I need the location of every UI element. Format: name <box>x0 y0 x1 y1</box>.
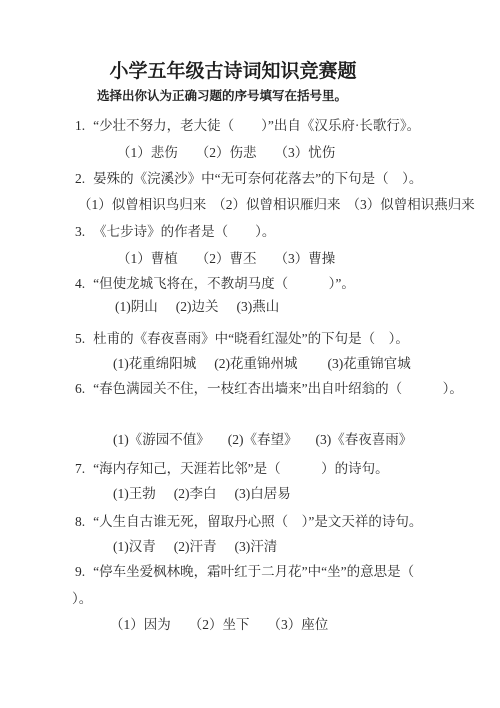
option-2: （2）伤悲 <box>196 145 257 160</box>
option-2: (2)汗青 <box>174 539 217 554</box>
question-1-options: （1）悲伤（2）伤悲（3）忧伤 <box>117 146 500 160</box>
option-1: (1)王勃 <box>113 486 156 501</box>
question-7-text: 7.“海内存知己，天涯若比邻”是（ ）的诗句。 <box>75 462 500 476</box>
option-1: (1)阴山 <box>115 299 158 314</box>
question-5-options: (1)花重绵阳城(2)花重锦州城(3)花重锦官城 <box>113 357 500 371</box>
option-2: (2)《春望》 <box>228 432 298 447</box>
question-number: 1. <box>75 118 85 133</box>
question-body: “停车坐爱枫林晚，霜叶红于二月花”中“坐”的意思是（ <box>93 564 414 579</box>
question-number: 2. <box>75 171 85 186</box>
option-3: (3)白居易 <box>235 486 291 501</box>
question-3-options: （1）曹植（2）曹丕（3）曹操 <box>117 252 500 266</box>
option-3: （3）座位 <box>268 617 329 632</box>
question-9-text: 9.“停车坐爱枫林晚，霜叶红于二月花”中“坐”的意思是（ <box>75 565 500 579</box>
question-2-text: 2.晏殊的《浣溪沙》中“无可奈何花落去”的下句是（ ）。 <box>75 172 500 186</box>
question-number: 9. <box>75 564 85 579</box>
question-8-text: 8.“人生自古谁无死，留取丹心照（ ）”是文天祥的诗句。 <box>75 515 500 529</box>
option-1: （1）因为 <box>110 617 171 632</box>
question-8-options: (1)汉青(2)汗青(3)汗清 <box>113 540 500 554</box>
document-title: 小学五年级古诗词知识竞赛题 <box>0 60 466 84</box>
question-3-text: 3.《七步诗》的作者是（ ）。 <box>75 225 500 239</box>
question-body: “人生自古谁无死，留取丹心照（ ）”是文天祥的诗句。 <box>93 514 422 529</box>
question-6-options: (1)《游园不值》(2)《春望》(3)《春夜喜雨》 <box>113 433 500 447</box>
question-body: “少壮不努力，老大徒（ ）”出自《汉乐府·长歌行》。 <box>93 118 420 133</box>
option-2: (2)边关 <box>176 299 219 314</box>
question-6-text: 6.“春色满园关不住，一枝红杏出墙来”出自叶绍翁的（ ）。 <box>75 382 500 396</box>
instruction-text: 选择出你认为正确习题的序号填写在括号里。 <box>97 90 500 103</box>
option-1: (1)汉青 <box>113 539 156 554</box>
question-body: “但使龙城飞将在，不教胡马度（ ）”。 <box>93 276 355 291</box>
question-number: 3. <box>75 224 85 239</box>
question-5-text: 5.杜甫的《春夜喜雨》中“晓看红湿处”的下句是（ ）。 <box>75 332 500 346</box>
question-body: 杜甫的《春夜喜雨》中“晓看红湿处”的下句是（ ）。 <box>93 331 409 346</box>
question-number: 6. <box>75 381 85 396</box>
question-body: 《七步诗》的作者是（ ）。 <box>93 224 275 239</box>
option-2: （2）坐下 <box>189 617 250 632</box>
option-3: (3)燕山 <box>237 299 280 314</box>
option-3: (3)汗清 <box>235 539 278 554</box>
option-1: (1)花重绵阳城 <box>113 356 196 371</box>
question-number: 8. <box>75 514 85 529</box>
option-1: （1）似曾相识鸟归来 <box>78 197 206 212</box>
question-body: “春色满园关不住，一枝红杏出墙来”出自叶绍翁的（ ）。 <box>93 381 463 396</box>
option-2: (2)花重锦州城 <box>214 356 297 371</box>
question-4-text: 4.“但使龙城飞将在，不教胡马度（ ）”。 <box>75 277 500 291</box>
question-number: 4. <box>75 276 85 291</box>
question-7-options: (1)王勃(2)李白(3)白居易 <box>113 487 500 501</box>
option-2: (2)李白 <box>174 486 217 501</box>
question-number: 5. <box>75 331 85 346</box>
option-3: (3)《春夜喜雨》 <box>316 432 413 447</box>
option-3: (3)花重锦官城 <box>328 356 411 371</box>
question-4-options: (1)阴山(2)边关(3)燕山 <box>115 300 500 314</box>
option-3: （3）曹操 <box>275 251 336 266</box>
question-2-options: （1）似曾相识鸟归来（2）似曾相识雁归来（3）似曾相识燕归来 <box>78 198 500 212</box>
option-1: (1)《游园不值》 <box>113 432 210 447</box>
question-body: “海内存知己，天涯若比邻”是（ ）的诗句。 <box>93 461 388 476</box>
question-number: 7. <box>75 461 85 476</box>
question-9-text-wrap: ）。 <box>72 592 500 606</box>
option-1: （1）曹植 <box>117 251 178 266</box>
option-3: （3）忧伤 <box>275 145 336 160</box>
option-2: （2）曹丕 <box>196 251 257 266</box>
question-1-text: 1.“少壮不努力，老大徒（ ）”出自《汉乐府·长歌行》。 <box>75 119 500 133</box>
option-2: （2）似曾相识雁归来 <box>212 197 340 212</box>
option-1: （1）悲伤 <box>117 145 178 160</box>
question-9-options: （1）因为（2）坐下（3）座位 <box>110 618 500 632</box>
quiz-document-page: 小学五年级古诗词知识竞赛题 选择出你认为正确习题的序号填写在括号里。 1.“少壮… <box>0 0 500 708</box>
question-body: 晏殊的《浣溪沙》中“无可奈何花落去”的下句是（ ）。 <box>93 171 422 186</box>
option-3: （3）似曾相识燕归来 <box>347 197 475 212</box>
